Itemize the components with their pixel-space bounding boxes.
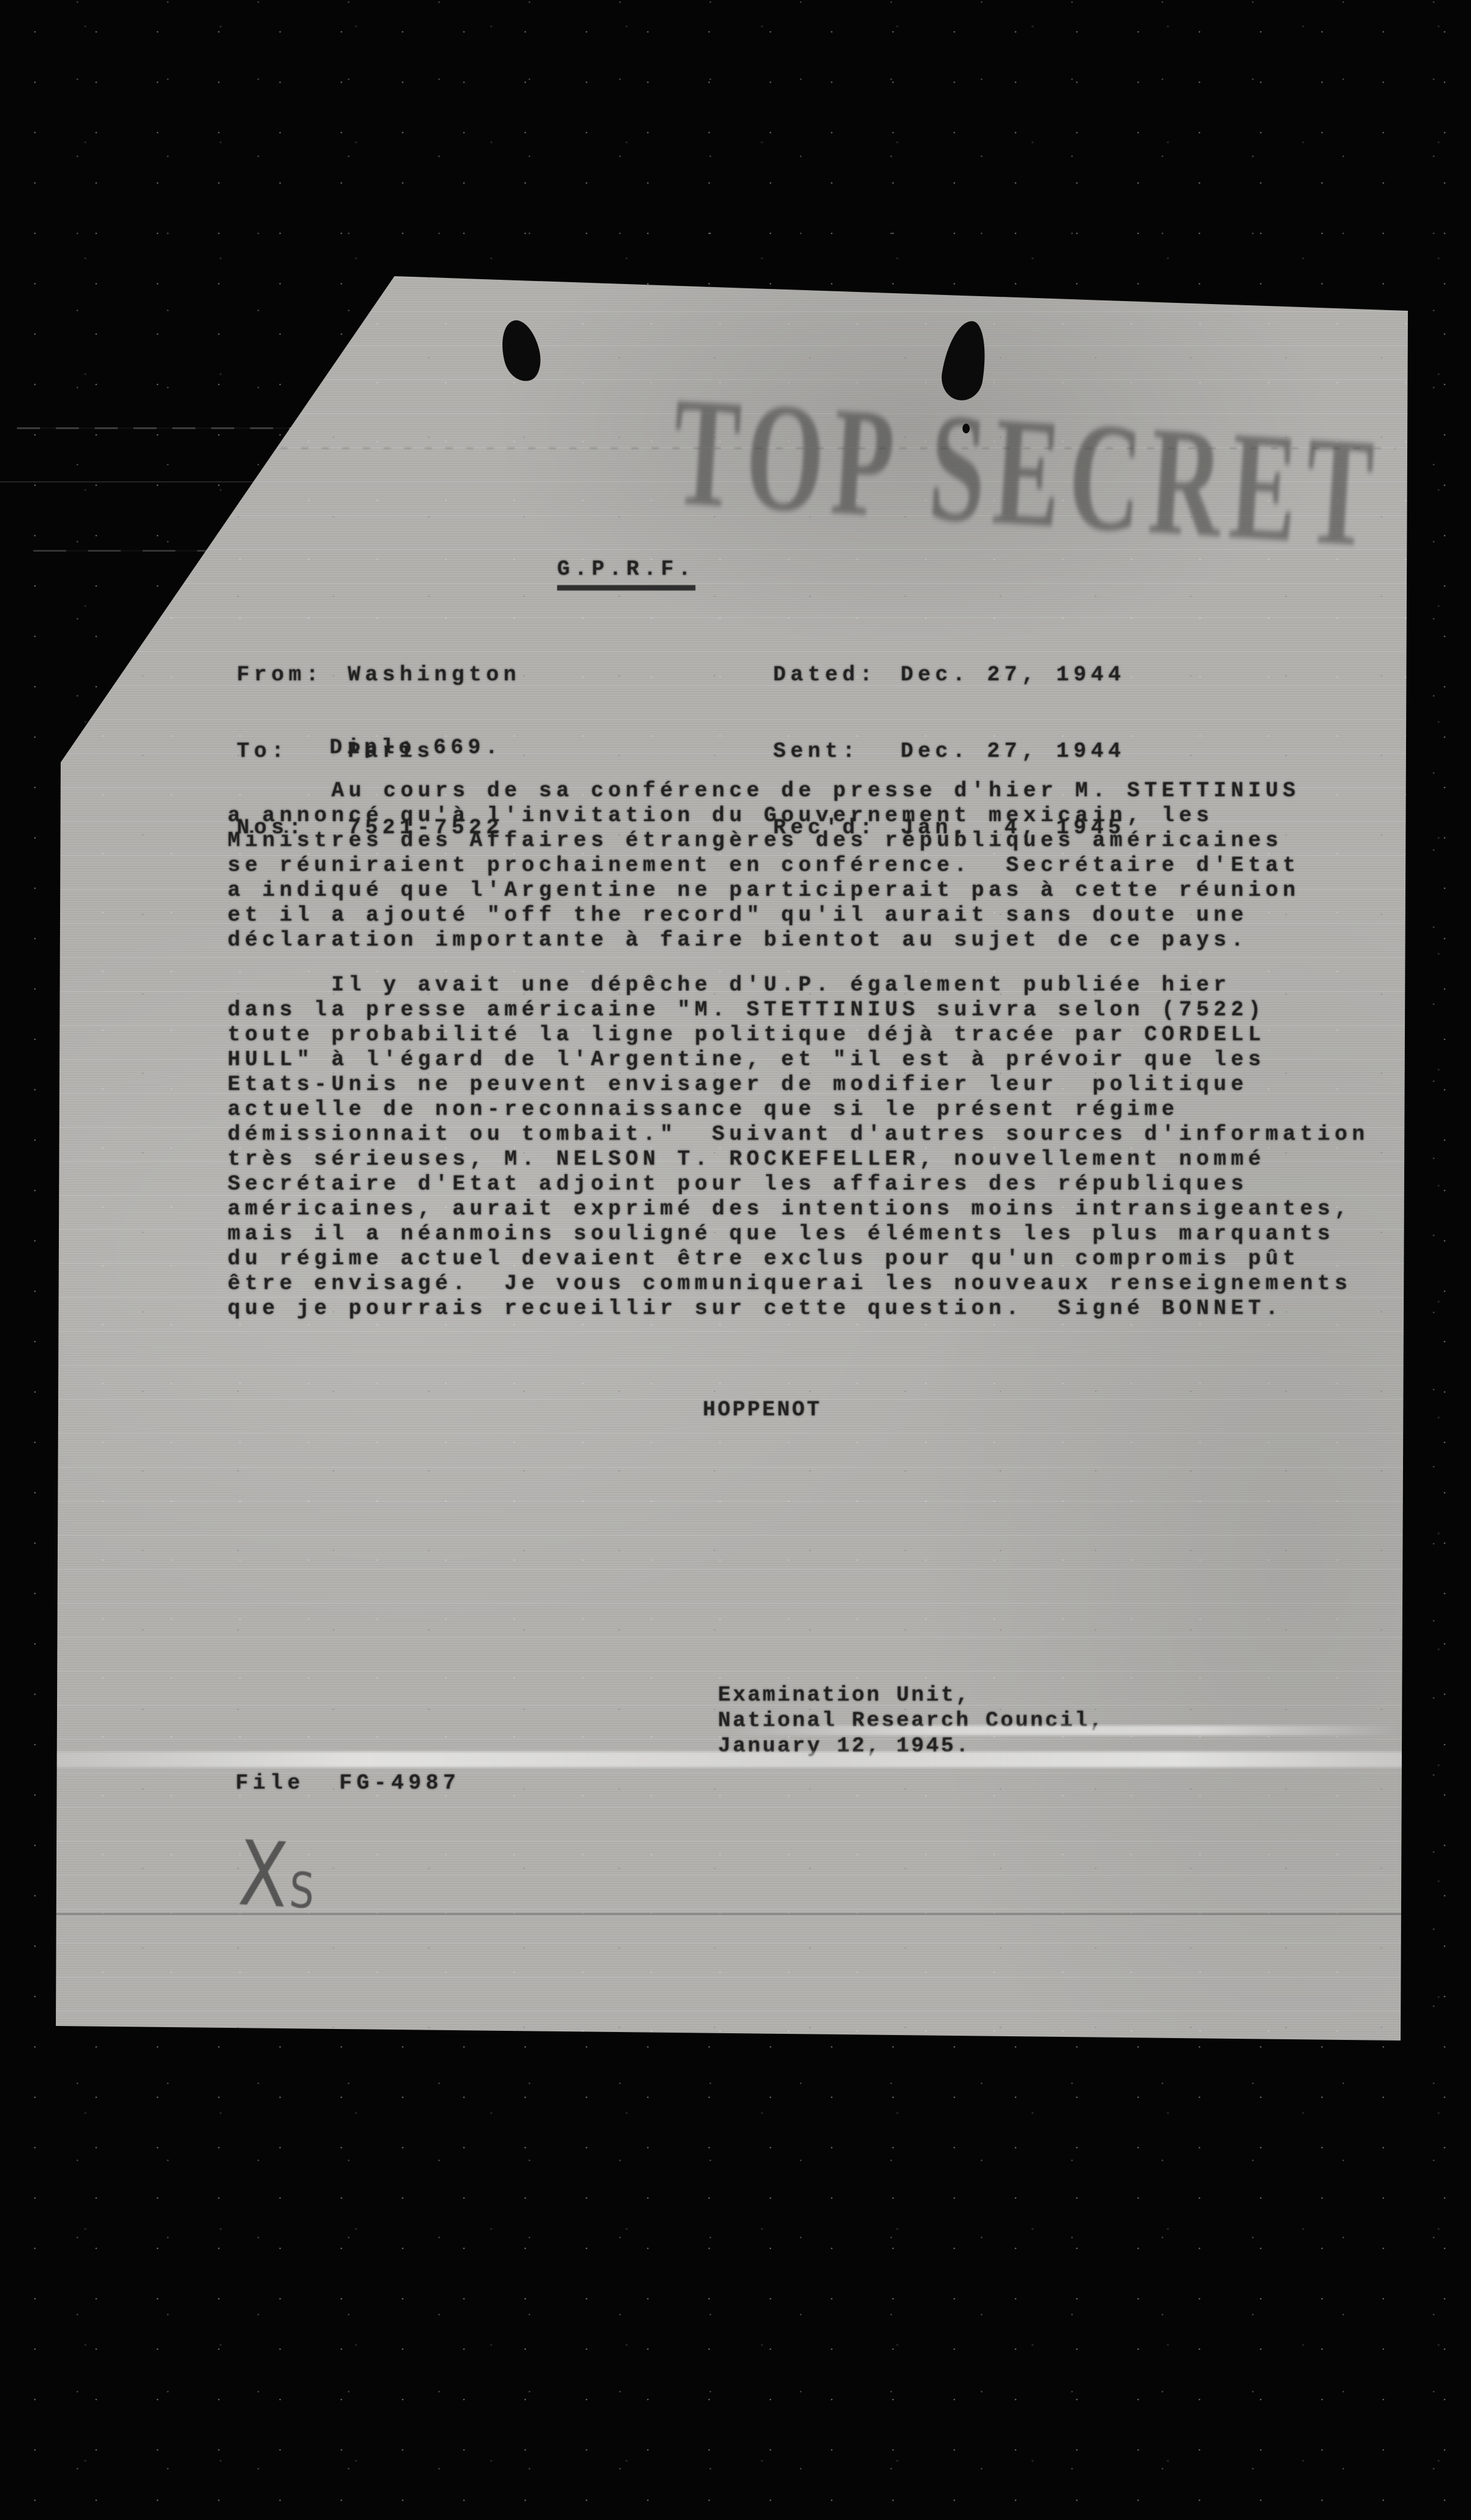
top-secret-stamp: TOP SECRET: [668, 362, 1386, 583]
reference-number: Diplo 669.: [330, 736, 502, 760]
sent-label: Sent:: [773, 738, 901, 765]
telegram-page: TOP SECRET G.P.R.F. From:Washington To:P…: [0, 0, 1471, 2520]
scan-artifact-dark-line: [0, 1913, 1471, 1915]
agency-heading: G.P.R.F.: [557, 557, 695, 591]
body-paragraph-2: Il y avait une dépêche d'U.P. également …: [228, 973, 1369, 1321]
scan-artifact-white-band: [0, 1752, 1471, 1767]
routing-from-row: From:Washington: [237, 662, 521, 688]
dated-row: Dated:Dec. 27, 1944: [773, 662, 1126, 688]
dated-value: Dec. 27, 1944: [901, 663, 1126, 687]
signature-name: HOPPENOT: [703, 1398, 822, 1423]
dated-label: Dated:: [773, 662, 901, 688]
file-number: File FG-4987: [235, 1771, 461, 1796]
scan-artifact-dashed-line: [12, 447, 1396, 449]
from-label: From:: [237, 662, 348, 688]
punch-hole-left: [496, 316, 546, 385]
scanned-document-photo: TOP SECRET G.P.R.F. From:Washington To:P…: [0, 0, 1471, 2520]
sent-row: Sent:Dec. 27, 1944: [773, 738, 1126, 765]
examination-unit-block: Examination Unit, National Research Coun…: [718, 1682, 1104, 1759]
punch-hole-fragment: [962, 424, 970, 433]
sent-value: Dec. 27, 1944: [901, 739, 1126, 764]
from-value: Washington: [348, 663, 521, 687]
scan-artifact-white-streak: [728, 1726, 1401, 1735]
body-paragraph-1: Au cours de sa conférence de presse d'hi…: [228, 779, 1300, 953]
